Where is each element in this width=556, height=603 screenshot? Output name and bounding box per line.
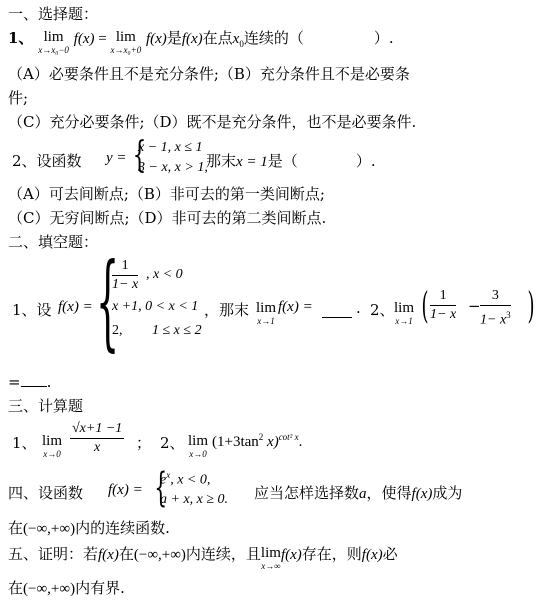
- section-4-line-2: 在(−∞,+∞)内的连续函数.: [8, 518, 170, 539]
- question-1-1: 1、 limx→x₀−0 f(x) = limx→x₀+0 f(x)是f(x)在…: [8, 28, 394, 55]
- q2-options-ab: （A）可去间断点;（B）非可去的第一类间断点;: [8, 184, 325, 204]
- section-2-title: 二、填空题：: [8, 232, 98, 252]
- q1-options-cd: （C）充分必要条件;（D）既不是充分条件，也不是必要条件.: [8, 112, 416, 132]
- q1-options-ab-cont: 件;: [8, 88, 28, 108]
- q2-options-cd: （C）无穷间断点;（D）非可去的第二类间断点.: [8, 208, 326, 228]
- answer-blank: [322, 301, 352, 318]
- limit-right: limx→x₀+0: [111, 28, 142, 55]
- section-1-title: 一、选择题：: [8, 4, 98, 24]
- question-1-2: 2、设函数 y = { x − 1, x ≤ 1 3 − x, x > 1, 那…: [8, 140, 548, 180]
- section-4-question: 四、设函数 f(x) = { ex, x < 0, a + x, x ≥ 0. …: [8, 470, 548, 514]
- question-2-1: 1、设 f(x) = { 11− x , x < 0 x +1, 0 < x <…: [8, 257, 556, 367]
- section-5-question: 五、证明：若f(x)在(−∞,+∞)内连续，且limx→∞f(x)存在，则f(x…: [8, 544, 398, 571]
- section-3-title: 三、计算题: [8, 396, 83, 416]
- answer-blank: [21, 372, 47, 387]
- section-5-line-2: 在(−∞,+∞)内有界.: [8, 578, 125, 599]
- q2-2-answer-line: =.: [8, 372, 51, 392]
- section-3-questions: 1、 limx→0 √x+1 −1x ； 2、 limx→0 (1+3tan2 …: [8, 420, 548, 464]
- limit-left: limx→x₀−0: [38, 28, 69, 55]
- q-number: 1、: [8, 29, 33, 47]
- q1-options-ab: （A）必要条件且不是充分条件;（B）充分条件且不是必要条: [8, 64, 410, 84]
